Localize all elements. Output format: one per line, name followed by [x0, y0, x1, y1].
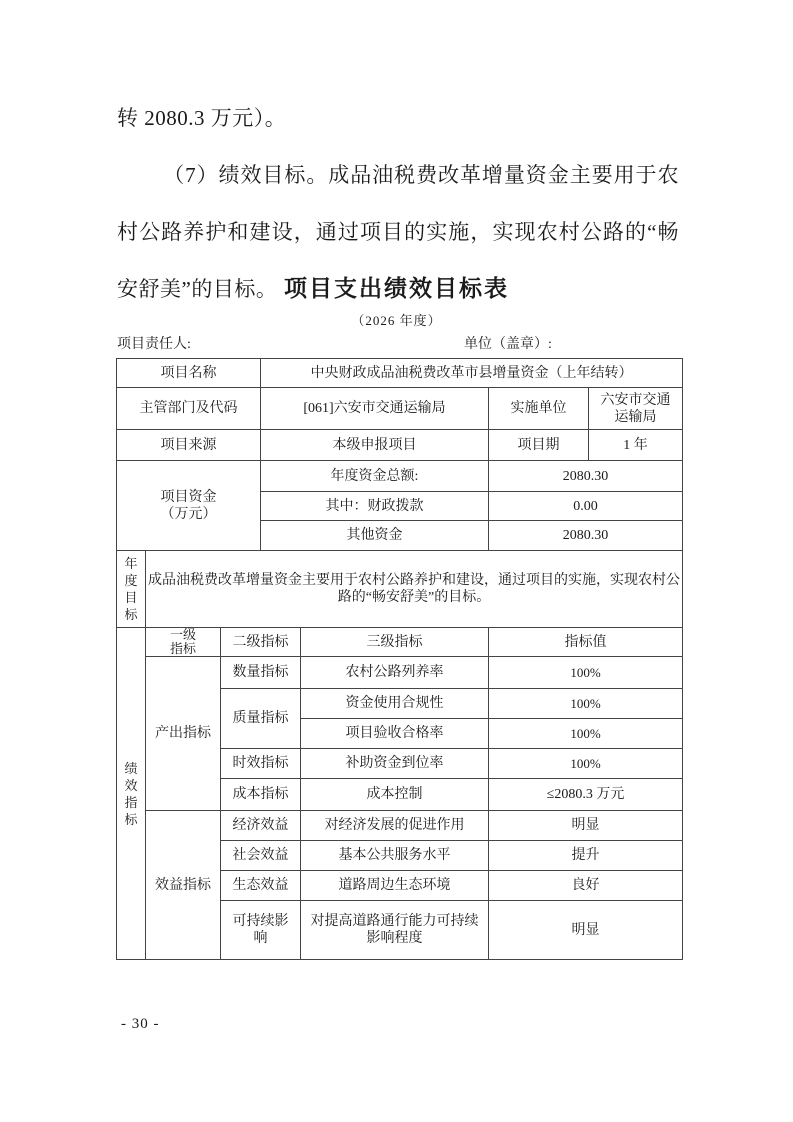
- project-source-value: 本级申报项目: [261, 430, 489, 461]
- indicator-l3: 对经济发展的促进作用: [301, 811, 489, 841]
- annual-goal-text: 成品油税费改革增量资金主要用于农村公路养护和建设，通过项目的实施，实现农村公路的…: [146, 551, 683, 628]
- funds-total-label: 年度资金总额:: [261, 461, 489, 492]
- funds-other-value: 2080.30: [489, 521, 683, 551]
- indicator-l2: 数量指标: [221, 657, 301, 689]
- indicator-l3: 对提高道路通行能力可持续 影响程度: [301, 901, 489, 960]
- signature-line: 项目责任人: 单位（盖章）:: [117, 333, 679, 351]
- indicator-value: 100%: [489, 749, 683, 779]
- project-name-label: 项目名称: [117, 359, 261, 388]
- indicator-value: 明显: [489, 811, 683, 841]
- indicator-l3: 道路周边生态环境: [301, 871, 489, 901]
- indicator-row: 效益指标 经济效益 对经济发展的促进作用 明显: [117, 811, 683, 841]
- project-name-value: 中央财政成品油税费改革市县增量资金（上年结转）: [261, 359, 683, 388]
- indicator-l2: 生态效益: [221, 871, 301, 901]
- unit-seal-label: 单位（盖章）:: [464, 333, 552, 353]
- indicator-value: 100%: [489, 657, 683, 689]
- indicator-l3: 基本公共服务水平: [301, 841, 489, 871]
- row-annual-goal: 年 度 目 标 成品油税费改革增量资金主要用于农村公路养护和建设，通过项目的实施…: [117, 551, 683, 628]
- group-output-label: 产出指标: [146, 657, 221, 811]
- department-value: [061]六安市交通运输局: [261, 388, 489, 430]
- indicator-l3: 农村公路列养率: [301, 657, 489, 689]
- table-subtitle-year: （2026 年度）: [0, 310, 793, 329]
- indicator-l3: 补助资金到位率: [301, 749, 489, 779]
- project-period-label: 项目期: [489, 430, 589, 461]
- header-level3: 三级指标: [301, 628, 489, 657]
- indicator-value: ≤2080.3 万元: [489, 779, 683, 811]
- page-number: - 30 -: [121, 1016, 160, 1033]
- indicator-row: 产出指标 数量指标 农村公路列养率 100%: [117, 657, 683, 689]
- indicator-l2: 质量指标: [221, 689, 301, 749]
- indicator-value: 明显: [489, 901, 683, 960]
- indicator-l2: 社会效益: [221, 841, 301, 871]
- indicator-l2: 成本指标: [221, 779, 301, 811]
- performance-indicator-label: 绩 效 指 标: [117, 628, 146, 960]
- row-project-source: 项目来源 本级申报项目 项目期 1 年: [117, 430, 683, 461]
- implementing-unit-label: 实施单位: [489, 388, 589, 430]
- row-department: 主管部门及代码 [061]六安市交通运输局 实施单位 六安市交通 运输局: [117, 388, 683, 430]
- funds-other-label: 其他资金: [261, 521, 489, 551]
- row-indicator-header: 绩 效 指 标 一级 指标 二级指标 三级指标 指标值: [117, 628, 683, 657]
- indicator-l2: 时效指标: [221, 749, 301, 779]
- indicator-l3: 成本控制: [301, 779, 489, 811]
- annual-goal-label: 年 度 目 标: [117, 551, 146, 628]
- paragraph-continuation: 转 2080.3 万元）。: [117, 90, 679, 147]
- indicator-l2: 可持续影 响: [221, 901, 301, 960]
- header-level1: 一级 指标: [146, 628, 221, 657]
- header-value: 指标值: [489, 628, 683, 657]
- funds-fiscal-value: 0.00: [489, 492, 683, 521]
- department-label: 主管部门及代码: [117, 388, 261, 430]
- row-project-name: 项目名称 中央财政成品油税费改革市县增量资金（上年结转）: [117, 359, 683, 388]
- project-funds-label: 项目资金 （万元）: [117, 461, 261, 551]
- indicator-value: 良好: [489, 871, 683, 901]
- indicator-l2: 经济效益: [221, 811, 301, 841]
- indicator-l3: 项目验收合格率: [301, 719, 489, 749]
- funds-total-value: 2080.30: [489, 461, 683, 492]
- implementing-unit-value: 六安市交通 运输局: [589, 388, 683, 430]
- responsible-person-label: 项目责任人:: [117, 337, 191, 352]
- project-period-value: 1 年: [589, 430, 683, 461]
- group-benefit-label: 效益指标: [146, 811, 221, 960]
- indicator-l3: 资金使用合规性: [301, 689, 489, 719]
- table-title: 项目支出绩效目标表: [0, 270, 793, 303]
- indicator-value: 提升: [489, 841, 683, 871]
- funds-fiscal-label: 其中：财政拨款: [261, 492, 489, 521]
- project-source-label: 项目来源: [117, 430, 261, 461]
- indicator-value: 100%: [489, 689, 683, 719]
- indicator-value: 100%: [489, 719, 683, 749]
- header-level2: 二级指标: [221, 628, 301, 657]
- performance-target-table: 项目名称 中央财政成品油税费改革市县增量资金（上年结转） 主管部门及代码 [06…: [116, 358, 683, 960]
- row-funds-total: 项目资金 （万元） 年度资金总额: 2080.30: [117, 461, 683, 492]
- document-page: 转 2080.3 万元）。 （7）绩效目标。成品油税费改革增量资金主要用于农村公…: [0, 0, 793, 1122]
